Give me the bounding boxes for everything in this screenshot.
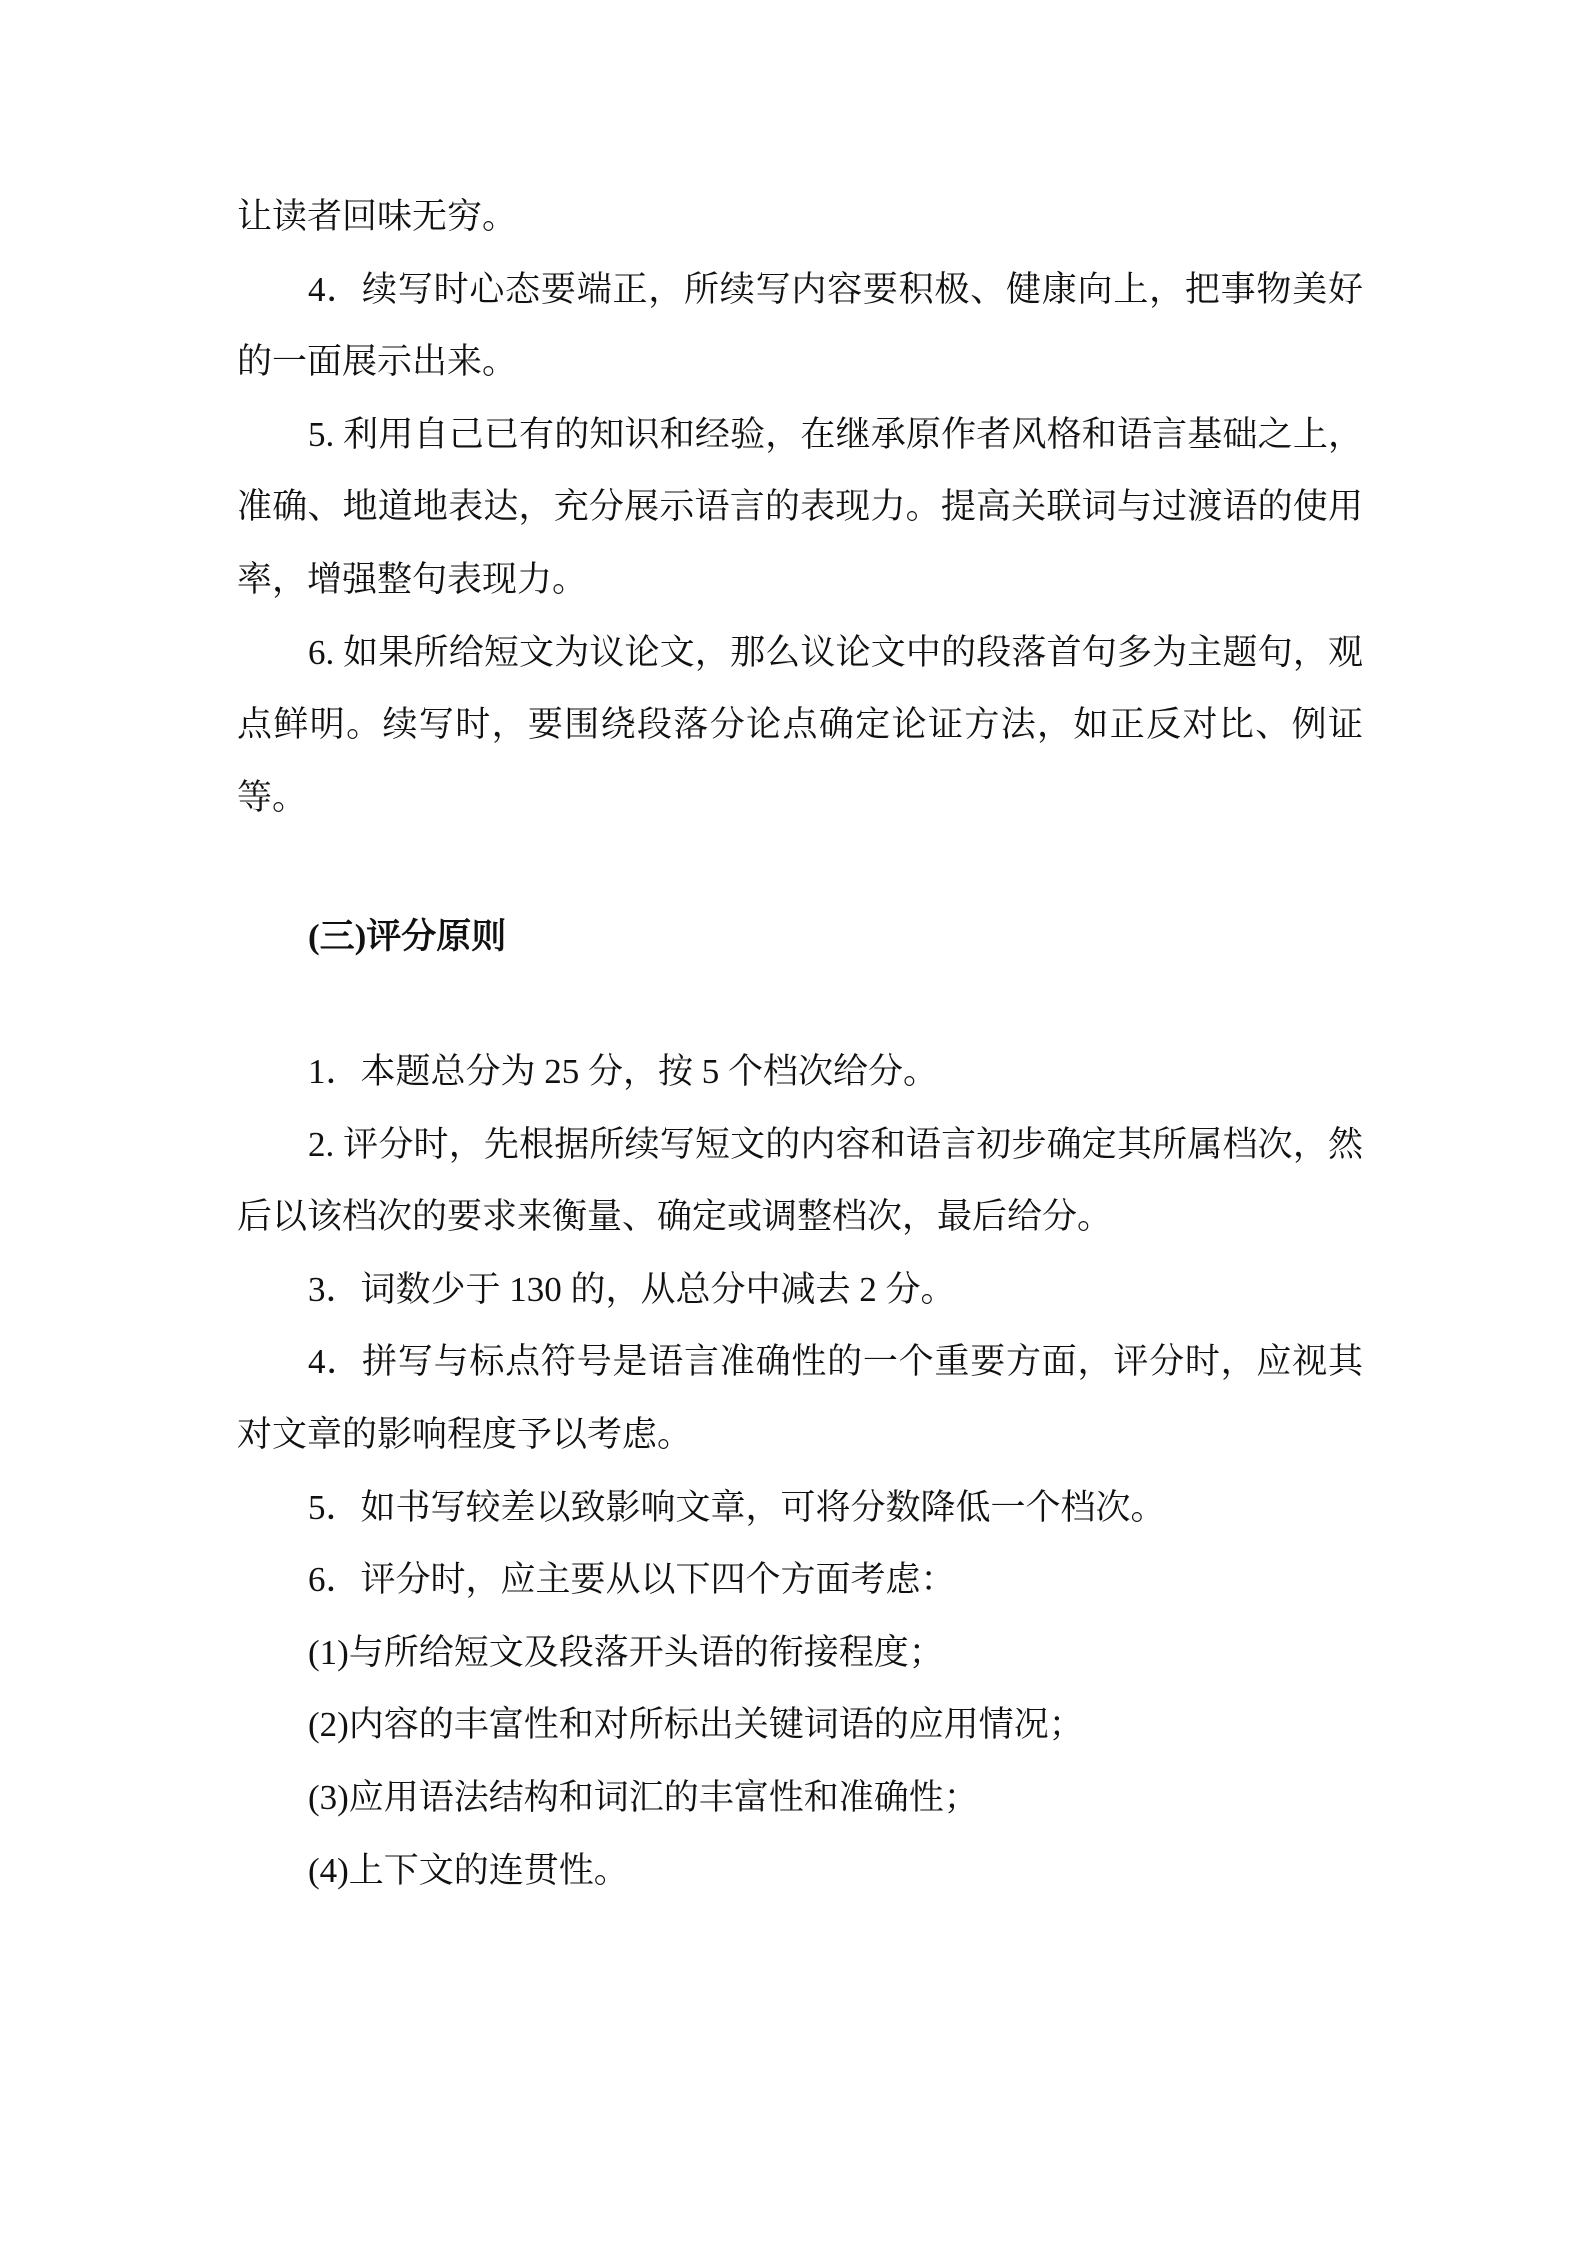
scoring-criterion-4: (4)上下文的连贯性。 bbox=[237, 1835, 1363, 1908]
document-page: 让读者回味无穷。 4．续写时心态要端正，所续写内容要积极、健康向上，把事物美好的… bbox=[0, 0, 1587, 2245]
scoring-principles-section: 1．本题总分为 25 分，按 5 个档次给分。 2. 评分时，先根据所续写短文的… bbox=[237, 1036, 1363, 1907]
scoring-rule-5: 5．如书写较差以致影响文章，可将分数降低一个档次。 bbox=[237, 1472, 1363, 1545]
scoring-criterion-1: (1)与所给短文及段落开头语的衔接程度； bbox=[237, 1617, 1363, 1690]
scoring-rule-4: 4．拼写与标点符号是语言准确性的一个重要方面，评分时，应视其对文章的影响程度予以… bbox=[237, 1326, 1363, 1471]
scoring-rule-2: 2. 评分时，先根据所续写短文的内容和语言初步确定其所属档次，然后以该档次的要求… bbox=[237, 1109, 1363, 1254]
writing-tips-section: 让读者回味无穷。 4．续写时心态要端正，所续写内容要积极、健康向上，把事物美好的… bbox=[237, 181, 1363, 834]
scoring-rule-1: 1．本题总分为 25 分，按 5 个档次给分。 bbox=[237, 1036, 1363, 1109]
paragraph-continuation: 让读者回味无穷。 bbox=[237, 181, 1363, 254]
section-heading-scoring-principles: (三)评分原则 bbox=[308, 901, 506, 973]
scoring-rule-3: 3．词数少于 130 的，从总分中减去 2 分。 bbox=[237, 1254, 1363, 1327]
paragraph-tip-4: 4．续写时心态要端正，所续写内容要积极、健康向上，把事物美好的一面展示出来。 bbox=[237, 254, 1363, 399]
scoring-criterion-3: (3)应用语法结构和词汇的丰富性和准确性； bbox=[237, 1762, 1363, 1835]
paragraph-tip-5: 5. 利用自己已有的知识和经验，在继承原作者风格和语言基础之上，准确、地道地表达… bbox=[237, 399, 1363, 617]
paragraph-tip-6: 6. 如果所给短文为议论文，那么议论文中的段落首句多为主题句，观点鲜明。续写时，… bbox=[237, 617, 1363, 835]
scoring-rule-6: 6．评分时，应主要从以下四个方面考虑： bbox=[237, 1544, 1363, 1617]
scoring-criterion-2: (2)内容的丰富性和对所标出关键词语的应用情况； bbox=[237, 1689, 1363, 1762]
